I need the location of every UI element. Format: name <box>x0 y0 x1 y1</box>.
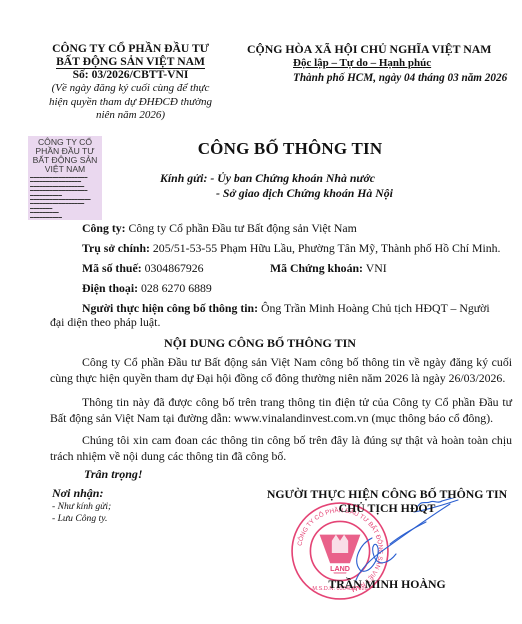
recipients-list-heading: Nơi nhận: <box>52 486 111 501</box>
recipient-2: - Sở giao dịch Chứng khoán Hà Nội <box>160 186 480 201</box>
recipients-list-item: - Như kính gửi; <box>52 501 111 513</box>
content-paragraph-1: Công ty Cổ phần Đầu tư Bất động sản Việt… <box>50 355 512 386</box>
signer-name: TRẦN MINH HOÀNG <box>262 577 512 592</box>
info-company: Công ty: Công ty Cổ phần Đầu tư Bất động… <box>82 221 357 235</box>
recipient-1: - Ủy ban Chứng khoán Nhà nước <box>210 171 375 185</box>
signer-role: NGƯỜI THỰC HIỆN CÔNG BỐ THÔNG TIN CHỦ TỊ… <box>262 487 512 515</box>
closing: Trân trọng! <box>84 467 143 482</box>
recipients: Kính gửi: - Ủy ban Chứng khoán Nhà nước … <box>160 171 480 200</box>
company-name-line1: CÔNG TY CỔ PHẦN ĐẦU TƯ <box>18 42 243 55</box>
content-paragraph-3: Chúng tôi xin cam đoan các thông tin côn… <box>50 433 512 464</box>
nation-title: CỘNG HÒA XÃ HỘI CHỦ NGHĨA VIỆT NAM <box>247 42 517 56</box>
info-tax-code: Mã số thuế: 0304867926 <box>82 261 204 275</box>
digital-signature-box: CÔNG TY CỔ PHẦN ĐẦU TƯ BẤT ĐỘNG SẢN VIỆT… <box>28 136 102 220</box>
recipients-list-item: - Lưu Công ty. <box>52 513 111 525</box>
recipients-list: Nơi nhận: - Như kính gửi; - Lưu Công ty. <box>52 486 111 525</box>
content-paragraph-2: Thông tin này đã được công bố trên trang… <box>50 395 512 426</box>
info-address: Trụ sở chính: 205/51-53-55 Phạm Hữu Lầu,… <box>82 241 500 255</box>
motto: Độc lập – Tự do – Hạnh phúc <box>293 56 517 70</box>
left-header: CÔNG TY CỔ PHẦN ĐẦU TƯ BẤT ĐỘNG SẢN VIỆT… <box>18 42 243 123</box>
info-discloser: Người thực hiện công bố thông tin: Ông T… <box>82 301 512 315</box>
recipients-label: Kính gửi: <box>160 171 207 185</box>
digital-signature-org: CÔNG TY CỔ PHẦN ĐẦU TƯ BẤT ĐỘNG SẢN VIỆT… <box>28 136 102 174</box>
subject: (Về ngày đăng ký cuối cùng để thực hiện … <box>18 82 243 123</box>
company-name-line2: BẤT ĐỘNG SẢN VIỆT NAM <box>18 55 243 68</box>
info-phone: Điện thoại: 028 6270 6889 <box>82 281 212 295</box>
info-stock-code: Mã Chứng khoán: VNI <box>270 261 387 275</box>
info-discloser-continued: đại diện theo pháp luật. <box>50 315 160 329</box>
content-heading: NỘI DUNG CÔNG BỐ THÔNG TIN <box>40 336 480 351</box>
right-header: CỘNG HÒA XÃ HỘI CHỦ NGHĨA VIỆT NAM Độc l… <box>247 42 517 85</box>
document-number: Số: 03/2026/CBTT-VNI <box>18 68 243 81</box>
place-date: Thành phố HCM, ngày 04 tháng 03 năm 2026 <box>293 71 517 85</box>
digital-signature-details: ▬▬▬▬▬▬▬▬▬▬▬▬▬▬▬▬▬▬ ▬▬▬▬▬▬▬▬▬▬▬▬▬▬▬▬ ▬▬▬▬… <box>28 174 102 219</box>
document-title: CÔNG BỐ THÔNG TIN <box>130 139 450 159</box>
